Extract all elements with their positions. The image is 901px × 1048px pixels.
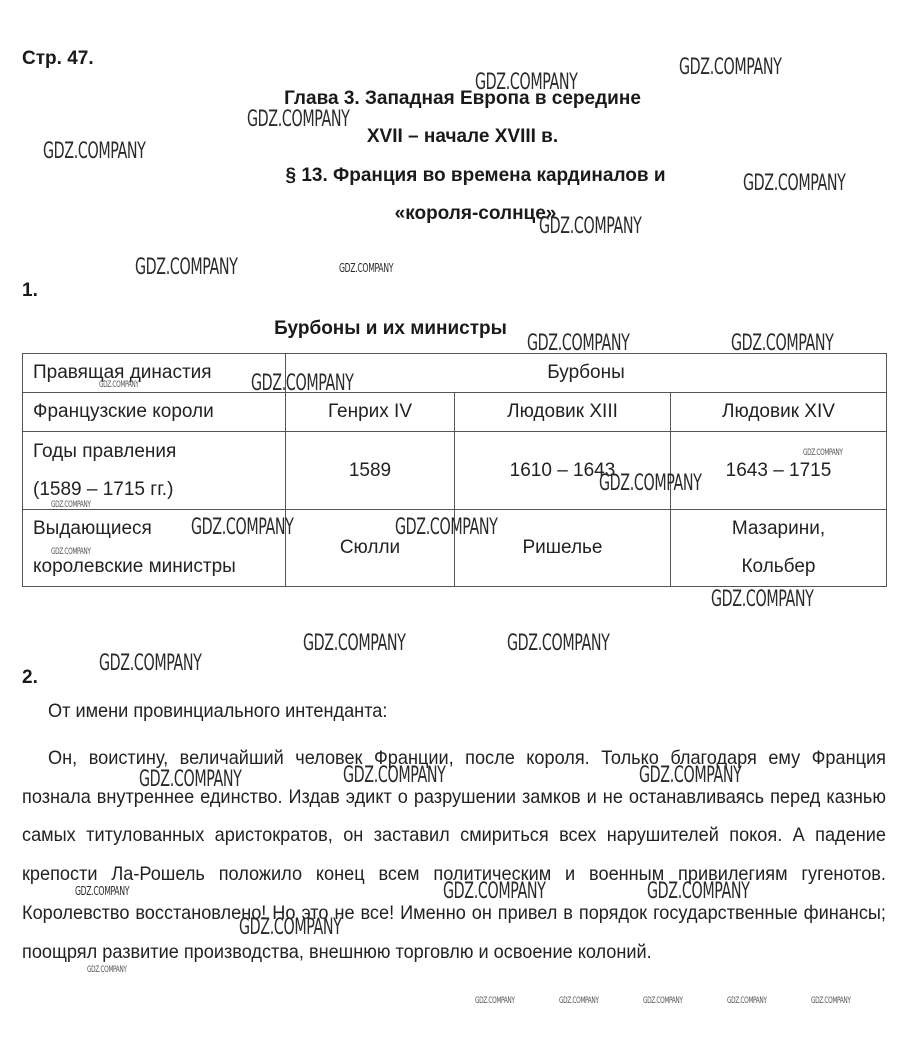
table-title: Бурбоны и их министры	[0, 318, 781, 340]
chapter-title: Глава 3. Западная Европа в середине	[12, 88, 901, 110]
watermark: GDZ.COMPANY	[339, 261, 393, 275]
watermark: GDZ.COMPANY	[507, 631, 609, 656]
minister-colbert: Кольбер	[681, 548, 876, 586]
row-label-ministers-line1: Выдающиеся	[33, 510, 275, 548]
row-label-kings: Французские короли	[23, 393, 286, 432]
task2-paragraph: Он, воистину, величайший человек Франции…	[22, 739, 886, 971]
table-row: Годы правления (1589 – 1715 гг.) 1589 16…	[23, 432, 887, 510]
table-row: Выдающиеся королевские министры Сюлли Ри…	[23, 510, 887, 587]
years-louis-xiii: 1610 – 1643	[455, 432, 671, 510]
page-number: Стр. 47.	[22, 48, 94, 70]
watermark: GDZ.COMPANY	[727, 996, 767, 1006]
bourbons-table: Правящая династия Бурбоны Французские ко…	[22, 353, 887, 587]
watermark: GDZ.COMPANY	[135, 255, 237, 280]
row-label-ministers: Выдающиеся королевские министры	[23, 510, 286, 587]
row-label-years-line1: Годы правления	[33, 433, 275, 471]
ministers-mazarin-colbert: Мазарини, Кольбер	[671, 510, 887, 587]
watermark: GDZ.COMPANY	[559, 996, 599, 1006]
minister-richelieu: Ришелье	[455, 510, 671, 587]
watermark: GDZ.COMPANY	[643, 996, 683, 1006]
watermark: GDZ.COMPANY	[679, 55, 781, 80]
king-louis-xiii: Людовик XIII	[455, 393, 671, 432]
years-louis-xiv: 1643 – 1715	[671, 432, 887, 510]
watermark: GDZ.COMPANY	[711, 587, 813, 612]
watermark: GDZ.COMPANY	[811, 996, 851, 1006]
task-number-2: 2.	[22, 667, 38, 689]
row-label-years: Годы правления (1589 – 1715 гг.)	[23, 432, 286, 510]
watermark: GDZ.COMPANY	[99, 651, 201, 676]
minister-sully: Сюлли	[286, 510, 455, 587]
section-title-cont: «короля-солнце»	[25, 203, 901, 225]
minister-mazarin: Мазарини,	[681, 510, 876, 548]
table-row: Французские короли Генрих IV Людовик XII…	[23, 393, 887, 432]
dynasty-value: Бурбоны	[286, 354, 887, 393]
section-title: § 13. Франция во времена кардиналов и	[25, 165, 901, 187]
task-number-1: 1.	[22, 280, 38, 302]
years-henry-iv: 1589	[286, 432, 455, 510]
row-label-years-line2: (1589 – 1715 гг.)	[33, 471, 275, 509]
chapter-title-cont: XVII – начале XVIII в.	[12, 126, 901, 148]
king-henry-iv: Генрих IV	[286, 393, 455, 432]
king-louis-xiv: Людовик XIV	[671, 393, 887, 432]
watermark: GDZ.COMPANY	[475, 996, 515, 1006]
row-label-ministers-line2: королевские министры	[33, 548, 275, 586]
row-label-dynasty: Правящая династия	[23, 354, 286, 393]
watermark: GDZ.COMPANY	[303, 631, 405, 656]
task2-intro: От имени провинциального интенданта:	[48, 700, 387, 723]
table-row: Правящая династия Бурбоны	[23, 354, 887, 393]
